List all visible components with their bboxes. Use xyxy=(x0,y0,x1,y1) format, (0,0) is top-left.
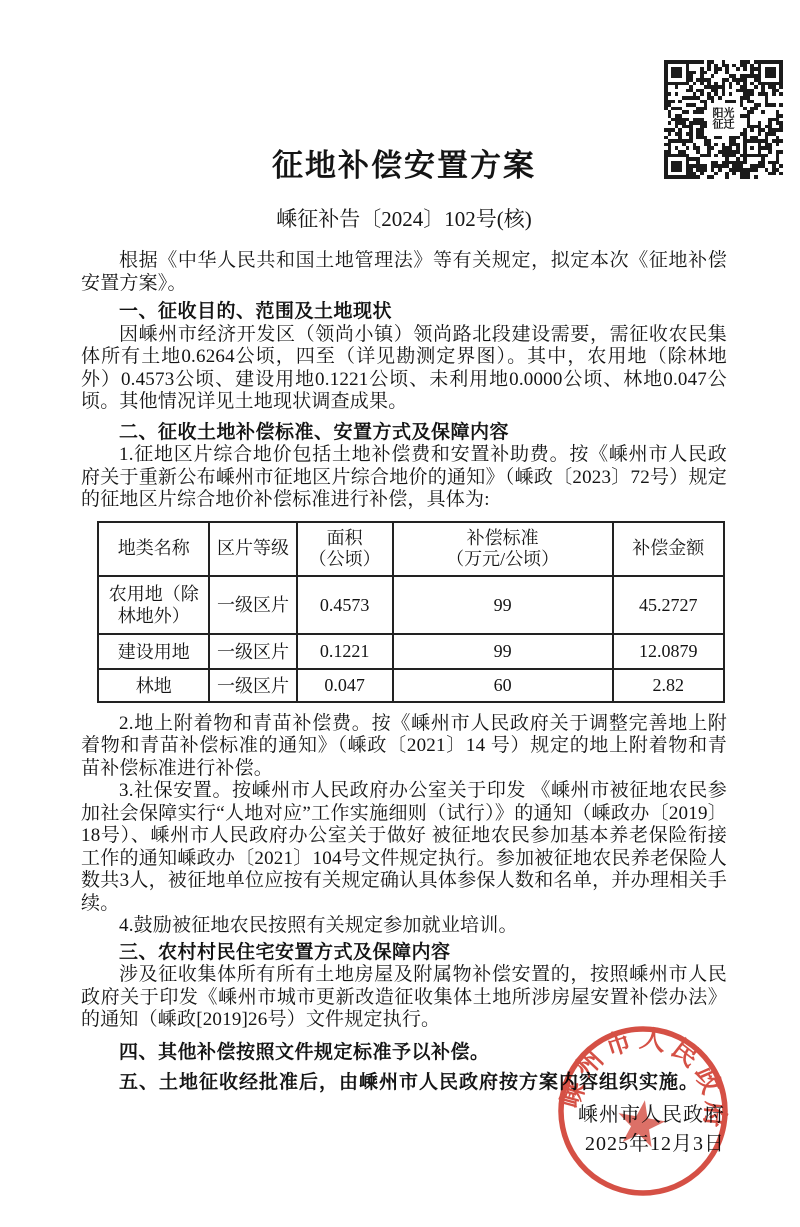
col-header-land-type: 地类名称 xyxy=(98,522,209,576)
table-row: 农用地（除林地外） 一级区片 0.4573 99 45.2727 xyxy=(98,576,724,634)
table-row: 林地 一级区片 0.047 60 2.82 xyxy=(98,669,724,702)
col-header-area: 面积 （公顷） xyxy=(297,522,393,576)
section4-heading: 四、其他补偿按照文件规定标准予以补偿。 xyxy=(81,1042,727,1065)
document-number: 嵊征补告〔2024〕102号(核) xyxy=(81,206,727,232)
cell-amount: 12.0879 xyxy=(613,634,724,669)
cell-amount: 45.2727 xyxy=(613,576,724,634)
cell-zone-grade: 一级区片 xyxy=(209,576,296,634)
section2-paragraph-2: 2.地上附着物和青苗补偿费。按《嵊州市人民政府关于调整完善地上附着物和青苗补偿标… xyxy=(81,713,727,781)
document-body: 征地补偿安置方案 嵊征补告〔2024〕102号(核) 根据《中华人民共和国土地管… xyxy=(81,146,727,1159)
section1-heading: 一、征收目的、范围及土地现状 xyxy=(81,301,727,324)
table-row: 建设用地 一级区片 0.1221 99 12.0879 xyxy=(98,634,724,669)
cell-land-type: 农用地（除林地外） xyxy=(98,576,209,634)
cell-zone-grade: 一级区片 xyxy=(209,634,296,669)
signature-org: 嵊州市人民政府 xyxy=(81,1101,725,1130)
table-header-row: 地类名称 区片等级 面积 （公顷） 补偿标准 （万元/公顷） 补偿金额 xyxy=(98,522,724,576)
col-header-standard: 补偿标准 （万元/公顷） xyxy=(393,522,613,576)
col-header-amount: 补偿金额 xyxy=(613,522,724,576)
document-page: 阳光 征迁 征地补偿安置方案 嵊征补告〔2024〕102号(核) 根据《中华人民… xyxy=(0,0,800,1227)
section3-paragraph: 涉及征收集体所有所有土地房屋及附属物补偿安置的，按照嵊州市人民政府关于印发《嵊州… xyxy=(81,964,727,1032)
compensation-table: 地类名称 区片等级 面积 （公顷） 补偿标准 （万元/公顷） 补偿金额 农用地（… xyxy=(97,521,725,703)
cell-amount: 2.82 xyxy=(613,669,724,702)
section2-paragraph-4: 4.鼓励被征地农民按照有关规定参加就业培训。 xyxy=(81,915,727,938)
page-title: 征地补偿安置方案 xyxy=(81,146,727,186)
section2-paragraph-1: 1.征地区片综合地价包括土地补偿费和安置补助费。按《嵊州市人民政府关于重新公布嵊… xyxy=(81,444,727,512)
section2-heading: 二、征收土地补偿标准、安置方式及保障内容 xyxy=(81,422,727,445)
qr-label-line1: 阳光 xyxy=(713,108,735,120)
cell-standard: 99 xyxy=(393,576,613,634)
signature-block: 嵊州市人民政府 2025年12月3日 xyxy=(81,1101,727,1159)
cell-area: 0.1221 xyxy=(297,634,393,669)
section5-heading: 五、土地征收经批准后，由嵊州市人民政府按方案内容组织实施。 xyxy=(81,1072,727,1095)
cell-standard: 60 xyxy=(393,669,613,702)
cell-area: 0.047 xyxy=(297,669,393,702)
cell-area: 0.4573 xyxy=(297,576,393,634)
qr-label-line2: 征迁 xyxy=(713,120,735,132)
qr-center-label: 阳光 征迁 xyxy=(712,107,736,132)
cell-land-type: 建设用地 xyxy=(98,634,209,669)
section2-paragraph-3: 3.社保安置。按嵊州市人民政府办公室关于印发 《嵊州市被征地农民参加社会保障实行… xyxy=(81,780,727,915)
cell-land-type: 林地 xyxy=(98,669,209,702)
signature-date: 2025年12月3日 xyxy=(81,1130,725,1159)
section1-paragraph: 因嵊州市经济开发区（领尚小镇）领尚路北段建设需要，需征收农民集体所有土地0.62… xyxy=(81,324,727,414)
paragraph-intro: 根据《中华人民共和国土地管理法》等有关规定，拟定本次《征地补偿安置方案》。 xyxy=(81,250,727,295)
cell-zone-grade: 一级区片 xyxy=(209,669,296,702)
col-header-zone-grade: 区片等级 xyxy=(209,522,296,576)
section3-heading: 三、农村村民住宅安置方式及保障内容 xyxy=(81,942,727,965)
cell-standard: 99 xyxy=(393,634,613,669)
